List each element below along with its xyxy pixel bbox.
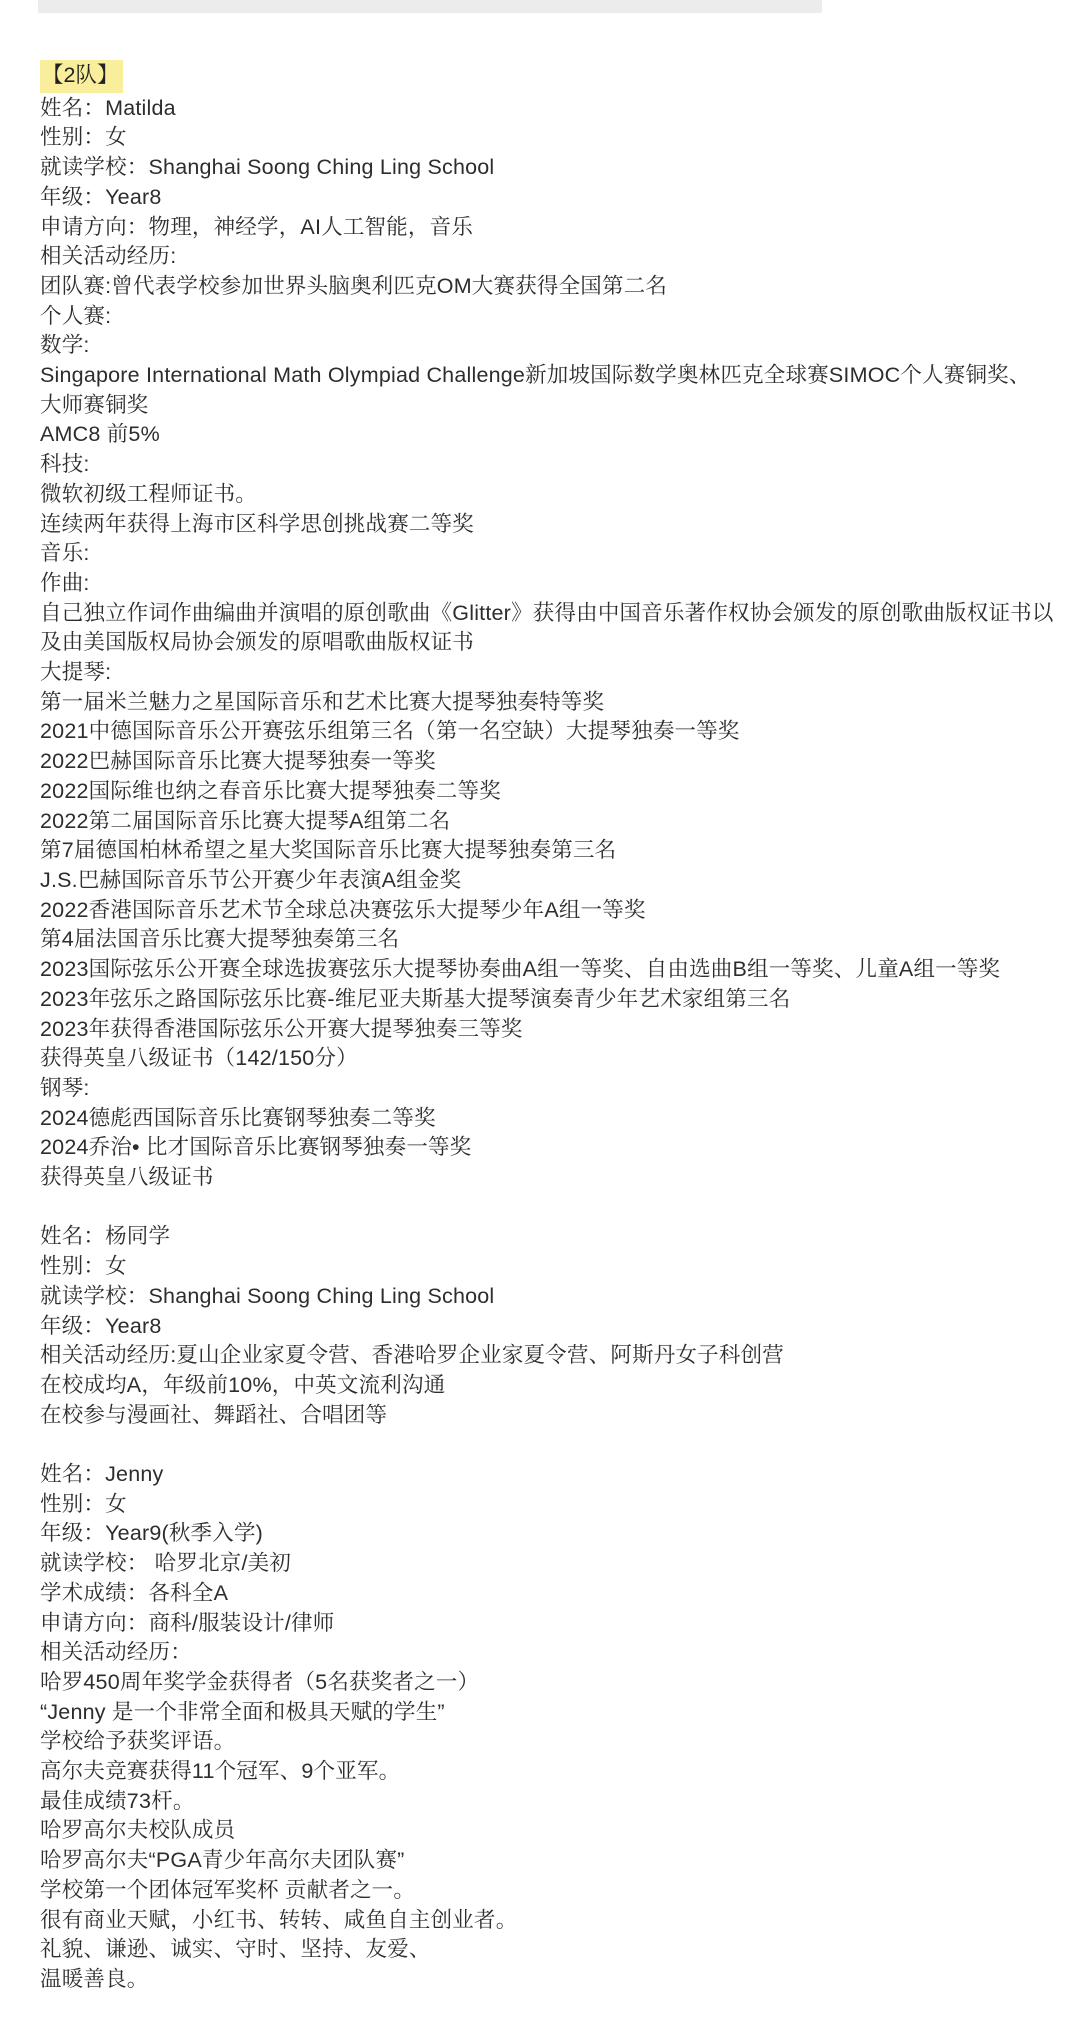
section-title: 【2队】 [40, 60, 1050, 93]
text-line: 就读学校： 哈罗北京/美初 [40, 1549, 1050, 1579]
text-line: 2024乔治• 比才国际音乐比赛钢琴独奏一等奖 [40, 1133, 1050, 1163]
text-line: 微软初级工程师证书。 [40, 480, 1050, 510]
text-line: 学校第一个团体冠军奖杯 贡献者之一。 [40, 1876, 1050, 1906]
text-line: 自己独立作词作曲编曲并演唱的原创歌曲《Glitter》获得由中国音乐著作权协会颁… [40, 599, 1050, 629]
text-line: 第4届法国音乐比赛大提琴独奏第三名 [40, 925, 1050, 955]
text-line: 姓名：Matilda [40, 94, 1050, 124]
text-line: 年级：Year9(秋季入学) [40, 1519, 1050, 1549]
text-line: 获得英皇八级证书 [40, 1163, 1050, 1193]
text-line: 相关活动经历: [40, 242, 1050, 272]
text-line: Singapore International Math Olympiad Ch… [40, 361, 1050, 391]
text-line: 申请方向：物理，神经学，AI人工智能，音乐 [40, 213, 1050, 243]
text-line: 年级：Year8 [40, 1312, 1050, 1342]
top-bar [38, 0, 822, 13]
text-line: 第7届德国柏林希望之星大奖国际音乐比赛大提琴独奏第三名 [40, 836, 1050, 866]
text-line: 钢琴: [40, 1074, 1050, 1104]
text-line: 很有商业天赋，小红书、转转、咸鱼自主创业者。 [40, 1906, 1050, 1936]
text-line: 2021中德国际音乐公开赛弦乐组第三名（第一名空缺）大提琴独奏一等奖 [40, 717, 1050, 747]
text-line: 连续两年获得上海市区科学思创挑战赛二等奖 [40, 510, 1050, 540]
text-line: 数学: [40, 331, 1050, 361]
text-line: 2022国际维也纳之春音乐比赛大提琴独奏二等奖 [40, 777, 1050, 807]
text-line: 哈罗高尔夫校队成员 [40, 1816, 1050, 1846]
document-page: 【2队】 姓名：Matilda性别：女就读学校：Shanghai Soong C… [0, 0, 1080, 2032]
text-line: 哈罗450周年奖学金获得者（5名获奖者之一） [40, 1668, 1050, 1698]
text-line: 大提琴: [40, 658, 1050, 688]
text-line: 学校给予获奖评语。 [40, 1727, 1050, 1757]
text-line: 就读学校：Shanghai Soong Ching Ling School [40, 153, 1050, 183]
text-line: 在校成均A，年级前10%，中英文流利沟通 [40, 1371, 1050, 1401]
profile-jenny: 姓名：Jenny性别：女年级：Year9(秋季入学)就读学校： 哈罗北京/美初学… [40, 1460, 1050, 1995]
profile-matilda: 姓名：Matilda性别：女就读学校：Shanghai Soong Ching … [40, 94, 1050, 1193]
text-line: 性别：女 [40, 1490, 1050, 1520]
text-line: 及由美国版权局协会颁发的原唱歌曲版权证书 [40, 628, 1050, 658]
text-line: 就读学校：Shanghai Soong Ching Ling School [40, 1282, 1050, 1312]
text-line: 相关活动经历： [40, 1638, 1050, 1668]
team-title-highlight: 【2队】 [40, 60, 123, 93]
document-content: 【2队】 姓名：Matilda性别：女就读学校：Shanghai Soong C… [40, 60, 1050, 1995]
text-line: 高尔夫竞赛获得11个冠军、9个亚军。 [40, 1757, 1050, 1787]
profile-yang: 姓名：杨同学性别：女就读学校：Shanghai Soong Ching Ling… [40, 1222, 1050, 1430]
text-line: 最佳成绩73杆。 [40, 1787, 1050, 1817]
text-line: 姓名：Jenny [40, 1460, 1050, 1490]
text-line: 性别：女 [40, 1252, 1050, 1282]
text-line: 年级：Year8 [40, 183, 1050, 213]
text-line: 相关活动经历:夏山企业家夏令营、香港哈罗企业家夏令营、阿斯丹女子科创营 [40, 1341, 1050, 1371]
text-line: 2023年弦乐之路国际弦乐比赛-维尼亚夫斯基大提琴演奏青少年艺术家组第三名 [40, 985, 1050, 1015]
text-line: 个人赛: [40, 302, 1050, 332]
text-line: 性别：女 [40, 123, 1050, 153]
text-line: 获得英皇八级证书（142/150分） [40, 1044, 1050, 1074]
text-line: 2024德彪西国际音乐比赛钢琴独奏二等奖 [40, 1104, 1050, 1134]
text-line: 作曲: [40, 569, 1050, 599]
text-line: 第一届米兰魅力之星国际音乐和艺术比赛大提琴独奏特等奖 [40, 688, 1050, 718]
text-line: 姓名：杨同学 [40, 1222, 1050, 1252]
text-line: 学术成绩：各科全A [40, 1579, 1050, 1609]
text-line: 温暖善良。 [40, 1965, 1050, 1995]
text-line: J.S.巴赫国际音乐节公开赛少年表演A组金奖 [40, 866, 1050, 896]
text-line: 2022巴赫国际音乐比赛大提琴独奏一等奖 [40, 747, 1050, 777]
text-line: 哈罗高尔夫“PGA青少年高尔夫团队赛” [40, 1846, 1050, 1876]
text-line: “Jenny 是一个非常全面和极具天赋的学生” [40, 1698, 1050, 1728]
text-line: 科技: [40, 450, 1050, 480]
text-line: 大师赛铜奖 [40, 391, 1050, 421]
text-line: AMC8 前5% [40, 420, 1050, 450]
text-line: 申请方向：商科/服装设计/律师 [40, 1609, 1050, 1639]
text-line: 礼貌、谦逊、诚实、守时、坚持、友爱、 [40, 1935, 1050, 1965]
text-line: 在校参与漫画社、舞蹈社、合唱团等 [40, 1401, 1050, 1431]
text-line: 音乐: [40, 539, 1050, 569]
text-line: 2023年获得香港国际弦乐公开赛大提琴独奏三等奖 [40, 1015, 1050, 1045]
text-line: 2023国际弦乐公开赛全球选拔赛弦乐大提琴协奏曲A组一等奖、自由选曲B组一等奖、… [40, 955, 1050, 985]
text-line: 团队赛:曾代表学校参加世界头脑奥利匹克OM大赛获得全国第二名 [40, 272, 1050, 302]
text-line: 2022香港国际音乐艺术节全球总决赛弦乐大提琴少年A组一等奖 [40, 896, 1050, 926]
text-line: 2022第二届国际音乐比赛大提琴A组第二名 [40, 807, 1050, 837]
